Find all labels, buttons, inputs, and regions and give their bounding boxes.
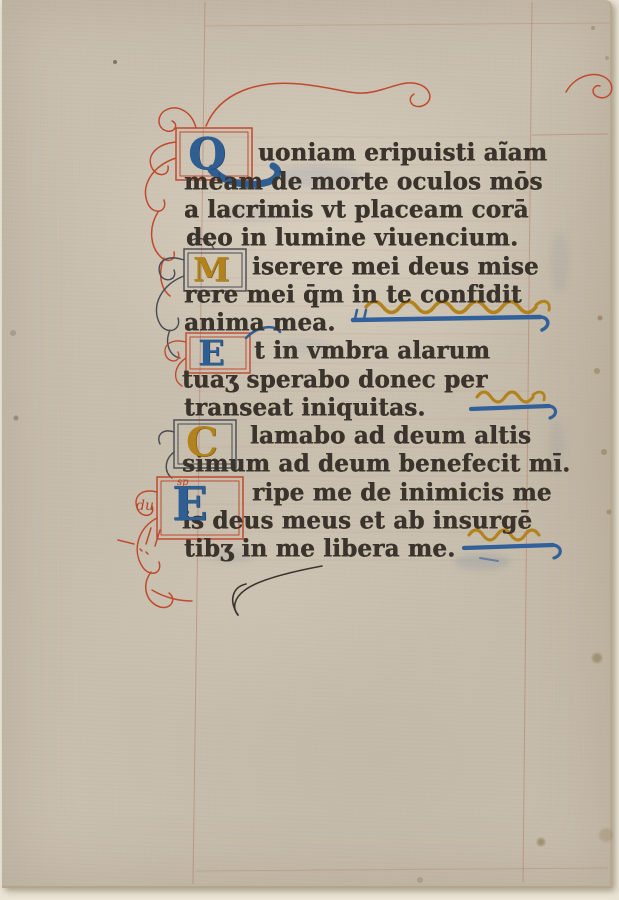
manuscript-text-line: tibʒ in me libera me. (184, 534, 455, 562)
manuscript-text-line: a lacrimis vt placeam corā (184, 195, 529, 223)
manuscript-text-line: deo in lumine viuencium. (186, 223, 518, 251)
manuscript-text-line: ripe me de inimicis me (252, 478, 552, 506)
manuscript-text-line: is deus meus et ab insurgē (182, 506, 532, 534)
manuscript-text-line: transeat iniquitas. (184, 393, 426, 421)
manuscript-text-line: meam de morte oculos mōs (184, 167, 543, 195)
guide-letters: sp (177, 477, 189, 488)
photo-background: Q M E C E uoniam eripuisti aĩam meam de … (0, 0, 619, 900)
illuminated-initial-et: E (198, 336, 225, 371)
manuscript-text-line: rere mei q̄m in te confidit (184, 280, 522, 308)
manuscript-text-line: uoniam eripuisti aĩam (258, 138, 547, 166)
illuminated-initial-m: M (193, 253, 230, 286)
manuscript-text-line: tuaʒ sperabo donec per (182, 365, 487, 393)
illuminated-initial-eripe: E (172, 481, 208, 528)
illuminated-initial-c: C (186, 423, 218, 463)
illuminated-initial-q: Q (188, 133, 226, 177)
manuscript-text-line: iserere mei deus mise (252, 252, 539, 280)
manuscript-text-line: lamabo ad deum altis (250, 421, 531, 449)
manuscript-text-line: t in vmbra alarum (254, 336, 490, 364)
manuscript-text-line: simum ad deum benefecit mī. (182, 449, 570, 477)
marginal-note: du (136, 498, 154, 514)
text-block: Q M E C E uoniam eripuisti aĩam meam de … (0, 0, 619, 900)
